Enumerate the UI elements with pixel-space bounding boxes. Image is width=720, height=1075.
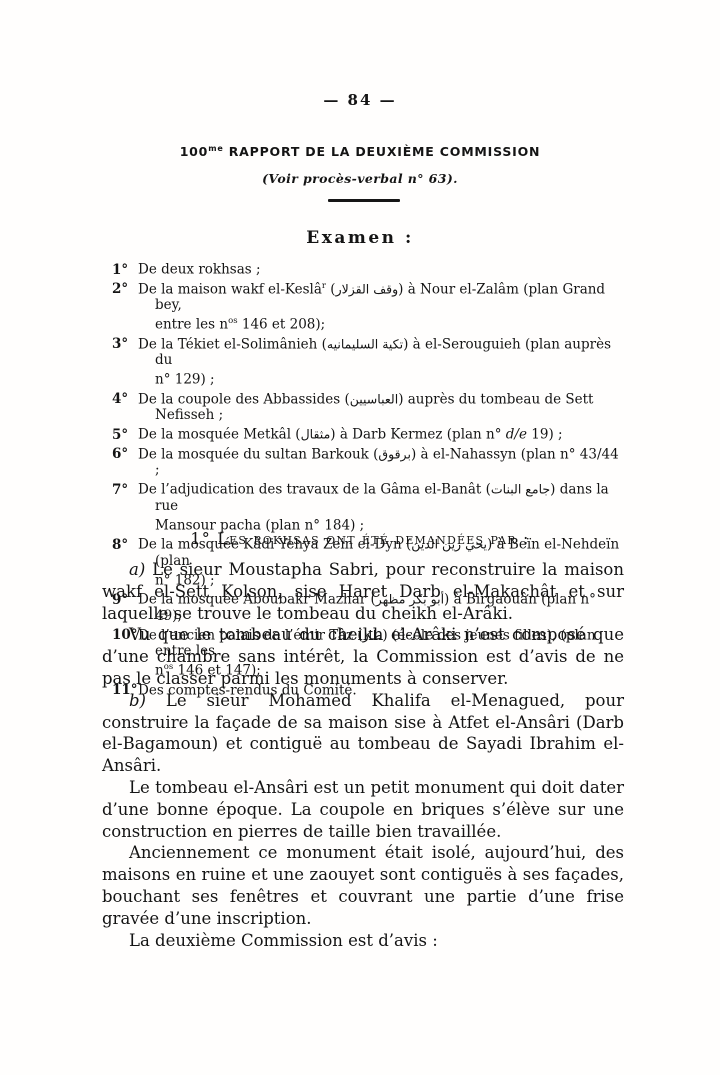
list-item: 6°De la mosquée du sultan Barkouk (برقوق… xyxy=(112,443,626,479)
page-number: — 84 — xyxy=(0,91,720,109)
report-title-ordinal-suffix: me xyxy=(208,144,223,153)
item-text: ( xyxy=(326,281,336,297)
paragraph: Le tombeau el-Ansâri est un petit monume… xyxy=(102,777,624,842)
item-number: 4° xyxy=(112,391,138,407)
item-text: De deux rokhsas ; xyxy=(138,262,261,278)
list-item: 1°De deux rokhsas ; xyxy=(112,258,626,278)
item-text: 146 et 208); xyxy=(238,317,326,333)
arabic-text: مثقال xyxy=(301,427,331,442)
item-number: 6° xyxy=(112,446,138,462)
arabic-text: برقوق xyxy=(378,446,411,461)
item-number: 3° xyxy=(112,336,138,352)
item-number: 7° xyxy=(112,482,138,498)
item-text: De la coupole des Abbassides ( xyxy=(138,391,350,407)
list-item: 4°De la coupole des Abbassides (العباسيي… xyxy=(112,388,626,424)
rokhsas-section-heading: 1° Les rokhsas ont été demandées par : xyxy=(0,529,720,548)
arabic-text: العباسيين xyxy=(350,391,398,406)
item-text: De la mosquée du sultan Barkouk ( xyxy=(138,446,378,462)
document-page: — 84 — 100me RAPPORT DE LA DEUXIÈME COMM… xyxy=(0,0,720,1075)
item-text: 19) ; xyxy=(527,427,563,443)
examen-heading: Examen : xyxy=(0,228,720,248)
list-item: 3°De la Tékiet el-Solimânieh (تكية السلي… xyxy=(112,333,626,388)
item-text: entre les n xyxy=(155,317,228,333)
paragraph: Vu que le tombeau du cheikh el-Arâki n’e… xyxy=(102,624,624,689)
report-title: 100me RAPPORT DE LA DEUXIÈME COMMISSION xyxy=(0,144,720,159)
item-text: De la maison wakf el-Keslâ xyxy=(138,281,322,297)
report-subtitle: (Voir procès-verbal n° 63). xyxy=(0,171,720,186)
paragraph-text: Anciennement ce monument était isolé, au… xyxy=(102,843,624,927)
item-italic: d/e xyxy=(506,427,527,443)
paragraph-b: b) Le sieur Mohamed Khalifa el-Menagued,… xyxy=(102,690,624,777)
item-text: De la mosquée Metkâl ( xyxy=(138,427,301,443)
report-title-text: RAPPORT DE LA DEUXIÈME COMMISSION xyxy=(229,144,541,159)
paragraph-a: a) Le sieur Moustapha Sabri, pour recons… xyxy=(102,559,624,624)
paragraph: La deuxième Commission est d’avis : xyxy=(102,930,624,952)
paragraph-text: Le sieur Mohamed Khalifa el-Menagued, po… xyxy=(102,691,624,775)
item-number: 1° xyxy=(112,262,138,278)
paragraph-text: Le tombeau el-Ansâri est un petit monume… xyxy=(102,778,624,841)
paragraph-text: Le sieur Moustapha Sabri, pour reconstru… xyxy=(102,560,624,623)
report-title-number: 100 xyxy=(180,144,209,159)
list-item: 7°De l’adjudication des travaux de la Gâ… xyxy=(112,478,626,533)
divider-rule xyxy=(328,199,400,202)
item-continuation: n° 129) ; xyxy=(155,368,626,388)
paragraph-text: La deuxième Commission est d’avis : xyxy=(129,931,438,950)
item-text: n° 129) ; xyxy=(155,372,215,388)
item-text: De l’adjudication des travaux de la Gâma… xyxy=(138,482,491,498)
paragraph-marker: b) xyxy=(129,691,146,710)
item-number: 5° xyxy=(112,427,138,443)
paragraph-marker: a) xyxy=(129,560,145,579)
arabic-text: تكية السليمانيه xyxy=(327,336,403,351)
arabic-text: وقف القزلار xyxy=(336,281,399,296)
item-continuation: entre les nos 146 et 208); xyxy=(155,313,626,333)
arabic-text: جامع البنات xyxy=(491,482,550,497)
item-number: 2° xyxy=(112,281,138,297)
item-text: De la Tékiet el-Solimânieh ( xyxy=(138,336,327,352)
item-sup: os xyxy=(228,316,237,326)
body-paragraphs: a) Le sieur Moustapha Sabri, pour recons… xyxy=(102,559,624,951)
list-item: 5°De la mosquée Metkâl (مثقال) à Darb Ke… xyxy=(112,423,626,443)
item-text: ) à Darb Kermez (plan n° xyxy=(330,427,506,443)
paragraph: Anciennement ce monument était isolé, au… xyxy=(102,842,624,929)
list-item: 2°De la maison wakf el-Keslâr (وقف القزل… xyxy=(112,278,626,333)
paragraph-text: Vu que le tombeau du cheikh el-Arâki n’e… xyxy=(102,625,624,688)
